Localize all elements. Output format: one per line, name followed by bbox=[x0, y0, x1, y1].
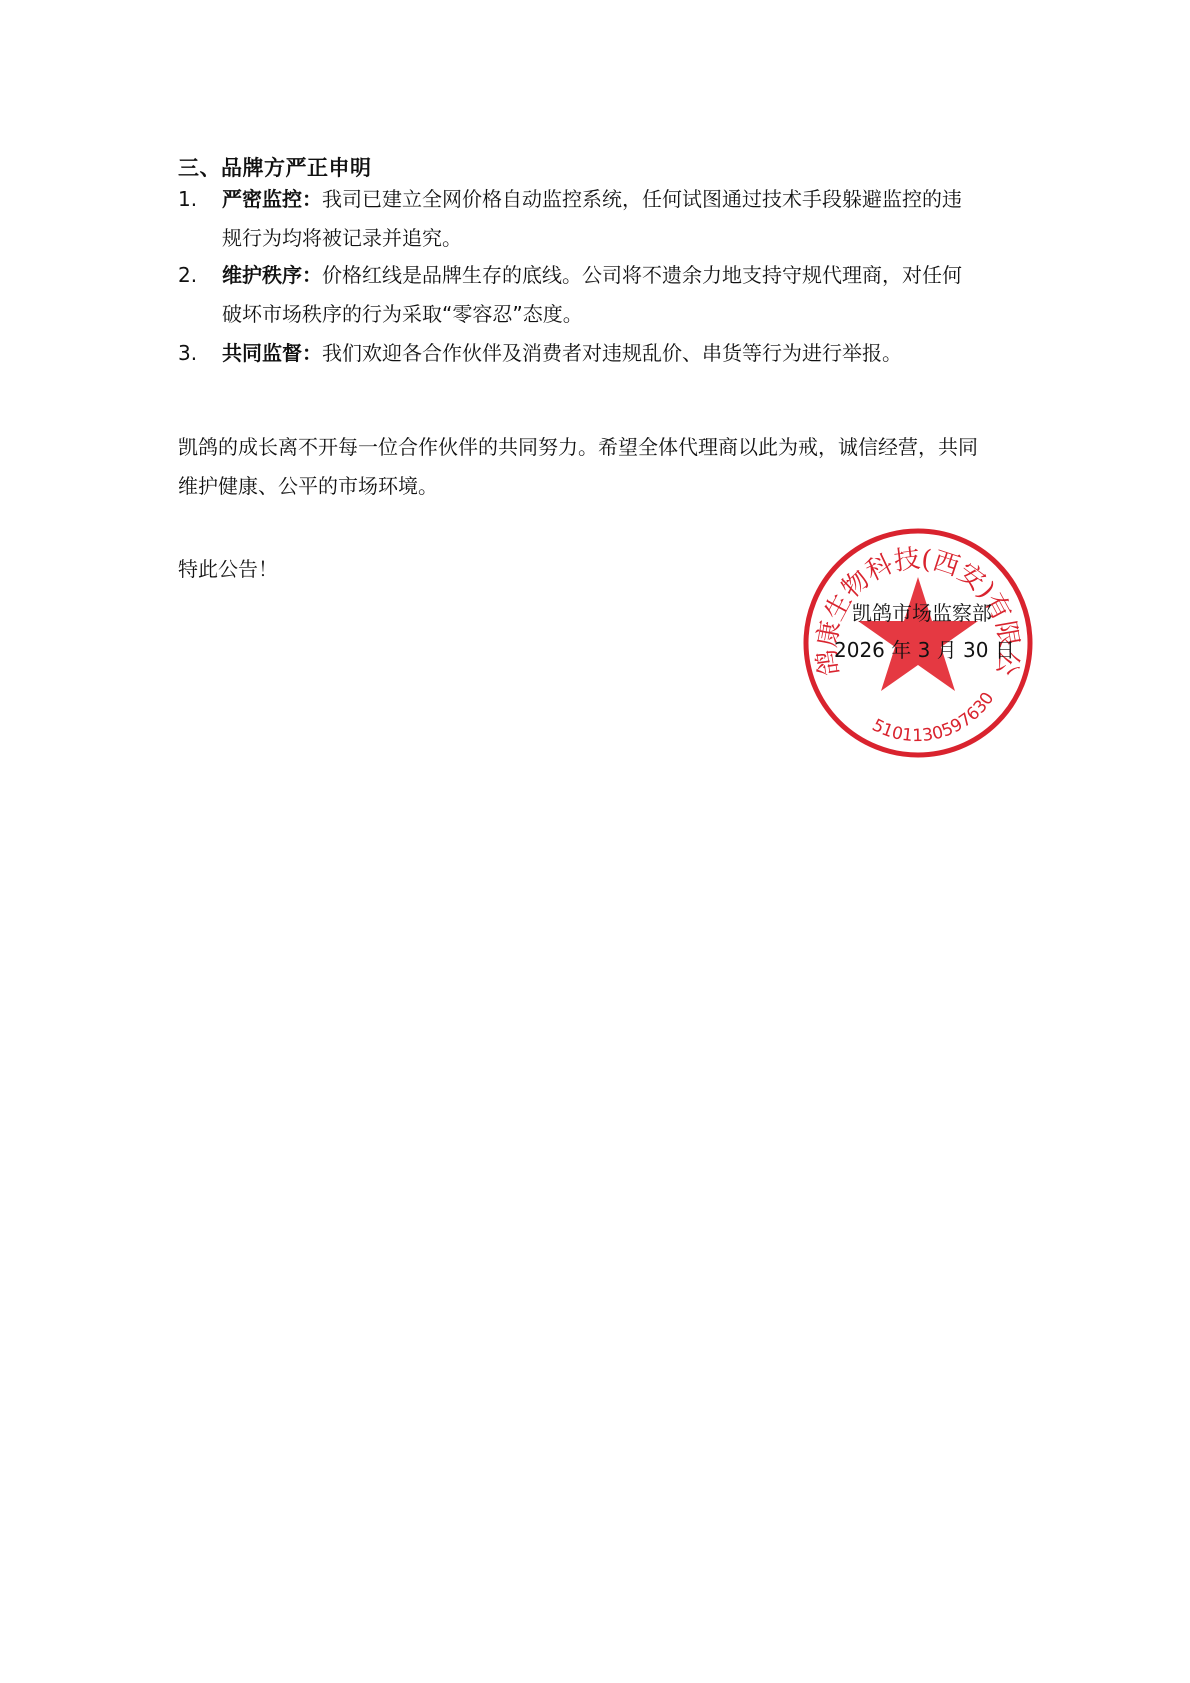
section-heading: 三、品牌方严正申明 bbox=[178, 152, 372, 182]
statement-item-1: 1. 严密监控：我司已建立全网价格自动监控系统，任何试图通过技术手段躲避监控的违… bbox=[178, 180, 968, 258]
statement-item-3: 3. 共同监督：我们欢迎各合作伙伴及消费者对违规乱价、串货等行为进行举报。 bbox=[178, 334, 968, 373]
document-page: 三、品牌方严正申明 1. 严密监控：我司已建立全网价格自动监控系统，任何试图通过… bbox=[0, 0, 1190, 1683]
signature-department: 凯鸽市场监察部 bbox=[852, 597, 992, 626]
item-number: 2. bbox=[178, 256, 208, 295]
item-label: 共同监督： bbox=[222, 341, 322, 365]
item-label: 维护秩序： bbox=[222, 263, 322, 287]
statement-item-2: 2. 维护秩序：价格红线是品牌生存的底线。公司将不遗余力地支持守规代理商，对任何… bbox=[178, 256, 968, 334]
item-number: 3. bbox=[178, 334, 208, 373]
item-text: 价格红线是品牌生存的底线。公司将不遗余力地支持守规代理商，对任何破坏市场秩序的行… bbox=[222, 263, 962, 326]
item-label: 严密监控： bbox=[222, 187, 322, 211]
closing-paragraph: 凯鸽的成长离不开每一位合作伙伴的共同努力。希望全体代理商以此为戒，诚信经营，共同… bbox=[178, 428, 978, 506]
signature-date: 2026 年 3 月 30 日 bbox=[834, 634, 1015, 663]
item-text: 我们欢迎各合作伙伴及消费者对违规乱价、串货等行为进行举报。 bbox=[322, 341, 902, 365]
item-text: 我司已建立全网价格自动监控系统，任何试图通过技术手段躲避监控的违规行为均将被记录… bbox=[222, 187, 962, 250]
item-number: 1. bbox=[178, 180, 208, 219]
